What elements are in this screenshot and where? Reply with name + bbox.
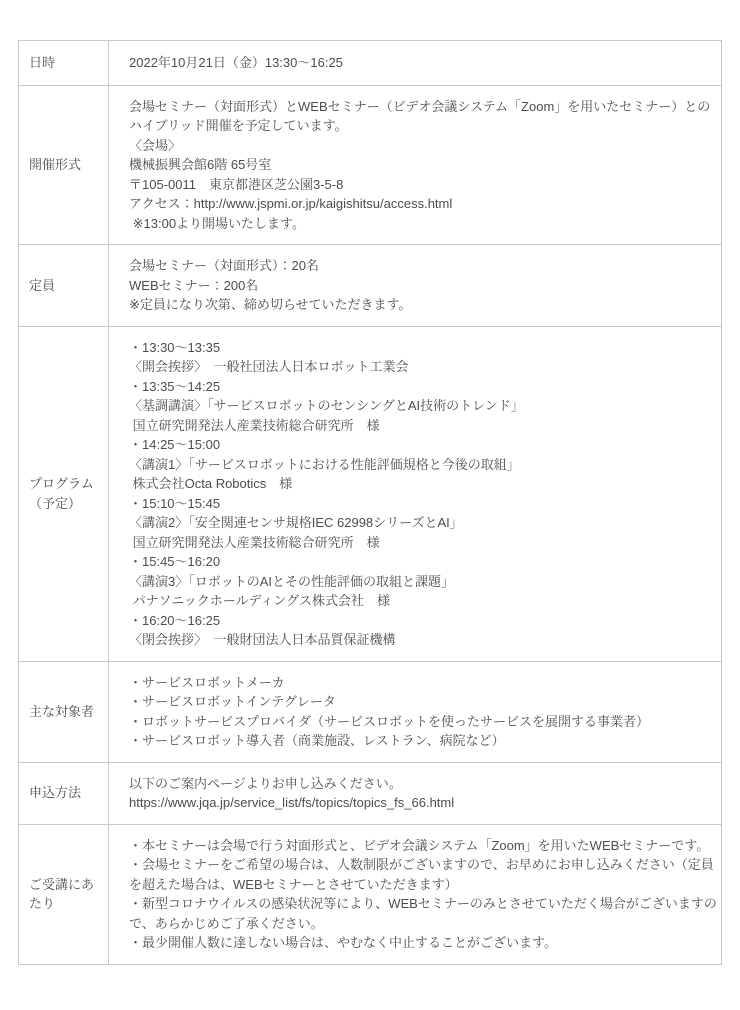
- text-line: ・会場セミナーをご希望の場合は、人数制限がございますので、お早めにお申し込みくだ…: [129, 855, 719, 875]
- table-row-format: 開催形式 会場セミナー（対面形式）とWEBセミナー（ビデオ会議システム「Zoom…: [19, 85, 722, 245]
- text-line: ・サービスロボットインテグレータ: [129, 692, 719, 712]
- row-label-format: 開催形式: [19, 85, 109, 245]
- text-line: 会場セミナー（対面形式）とWEBセミナー（ビデオ会議システム「Zoom」を用いた…: [129, 97, 719, 117]
- text-line: を超えた場合は、WEBセミナーとさせていただきます）: [129, 875, 719, 895]
- text-line: ハイブリッド開催を予定しています。: [129, 116, 719, 136]
- text-line: 〒105-0011 東京都港区芝公園3-5-8: [129, 175, 719, 195]
- text-line: で、あらかじめご了承ください。: [129, 914, 719, 934]
- text-line: ・新型コロナウイルスの感染状況等により、WEBセミナーのみとさせていただく場合が…: [129, 894, 719, 914]
- text-line: ・サービスロボットメーカ: [129, 673, 719, 693]
- text-line: 〈講演2〉「安全関連センサ規格IEC 62998シリーズとAI」: [129, 513, 719, 533]
- text-line: 〈基調講演〉「サービスロボットのセンシングとAI技術のトレンド」: [129, 396, 719, 416]
- row-content-audience: ・サービスロボットメーカ・サービスロボットインテグレータ・ロボットサービスプロバ…: [109, 661, 722, 762]
- table-row-application: 申込方法 以下のご案内ページよりお申し込みください。https://www.jq…: [19, 762, 722, 824]
- text-line: 〈講演3〉「ロボットのAIとその性能評価の取組と課題」: [129, 572, 719, 592]
- text-line: 〈開会挨拶〉 一般社団法人日本ロボット工業会: [129, 357, 719, 377]
- text-line: 株式会社Octa Robotics 様: [129, 474, 719, 494]
- row-content-notes: ・本セミナーは会場で行う対面形式と、ビデオ会議システム「Zoom」を用いたWEB…: [109, 824, 722, 964]
- row-content-datetime: 2022年10月21日（金）13:30～16:25: [109, 41, 722, 86]
- text-line: ・ロボットサービスプロバイダ（サービスロボットを使ったサービスを展開する事業者）: [129, 712, 719, 732]
- text-line: パナソニックホールディングス株式会社 様: [129, 591, 719, 611]
- text-line: ・15:10～15:45: [129, 494, 719, 514]
- row-content-application: 以下のご案内ページよりお申し込みください。https://www.jqa.jp/…: [109, 762, 722, 824]
- row-label-notes: ご受講にあたり: [19, 824, 109, 964]
- text-line: 以下のご案内ページよりお申し込みください。: [129, 774, 719, 794]
- text-line: ・サービスロボット導入者（商業施設、レストラン、病院など）: [129, 731, 719, 751]
- text-line: ・13:35～14:25: [129, 377, 719, 397]
- text-line: ※定員になり次第、締め切らせていただきます。: [129, 295, 719, 315]
- table-row-notes: ご受講にあたり ・本セミナーは会場で行う対面形式と、ビデオ会議システム「Zoom…: [19, 824, 722, 964]
- text-line: ・13:30～13:35: [129, 338, 719, 358]
- text-line: 〈閉会挨拶〉 一般財団法人日本品質保証機構: [129, 630, 719, 650]
- seminar-info-page: 日時 2022年10月21日（金）13:30～16:25 開催形式 会場セミナー…: [0, 0, 740, 965]
- row-label-application: 申込方法: [19, 762, 109, 824]
- text-line: 国立研究開発法人産業技術総合研究所 様: [129, 533, 719, 553]
- table-row-capacity: 定員 会場セミナー（対面形式）：20名WEBセミナー：200名※定員になり次第、…: [19, 245, 722, 327]
- row-label-program: プログラム（予定）: [19, 326, 109, 661]
- row-content-format: 会場セミナー（対面形式）とWEBセミナー（ビデオ会議システム「Zoom」を用いた…: [109, 85, 722, 245]
- table-row-program: プログラム（予定） ・13:30～13:35〈開会挨拶〉 一般社団法人日本ロボッ…: [19, 326, 722, 661]
- text-line: ・本セミナーは会場で行う対面形式と、ビデオ会議システム「Zoom」を用いたWEB…: [129, 836, 719, 856]
- row-label-datetime: 日時: [19, 41, 109, 86]
- text-line: 国立研究開発法人産業技術総合研究所 様: [129, 416, 719, 436]
- text-line: ※13:00より開場いたします。: [129, 214, 719, 234]
- text-line: WEBセミナー：200名: [129, 276, 719, 296]
- row-label-audience: 主な対象者: [19, 661, 109, 762]
- seminar-info-table-body: 日時 2022年10月21日（金）13:30～16:25 開催形式 会場セミナー…: [19, 41, 722, 965]
- text-line: 〈会場〉: [129, 136, 719, 156]
- text-line: 2022年10月21日（金）13:30～16:25: [129, 53, 719, 73]
- text-line: ・14:25～15:00: [129, 435, 719, 455]
- text-line: 機械振興会館6階 65号室: [129, 155, 719, 175]
- text-line: 〈講演1〉「サービスロボットにおける性能評価規格と今後の取組」: [129, 455, 719, 475]
- row-label-capacity: 定員: [19, 245, 109, 327]
- table-row-datetime: 日時 2022年10月21日（金）13:30～16:25: [19, 41, 722, 86]
- url-text-line: https://www.jqa.jp/service_list/fs/topic…: [129, 793, 719, 813]
- text-line: 会場セミナー（対面形式）：20名: [129, 256, 719, 276]
- row-content-program: ・13:30～13:35〈開会挨拶〉 一般社団法人日本ロボット工業会・13:35…: [109, 326, 722, 661]
- text-line: ・16:20～16:25: [129, 611, 719, 631]
- text-line: ・最少開催人数に達しない場合は、やむなく中止することがございます。: [129, 933, 719, 953]
- text-line: ・15:45～16:20: [129, 552, 719, 572]
- table-row-audience: 主な対象者 ・サービスロボットメーカ・サービスロボットインテグレータ・ロボットサ…: [19, 661, 722, 762]
- url-text-line: アクセス：http://www.jspmi.or.jp/kaigishitsu/…: [129, 194, 719, 214]
- row-content-capacity: 会場セミナー（対面形式）：20名WEBセミナー：200名※定員になり次第、締め切…: [109, 245, 722, 327]
- seminar-info-table: 日時 2022年10月21日（金）13:30～16:25 開催形式 会場セミナー…: [18, 40, 722, 965]
